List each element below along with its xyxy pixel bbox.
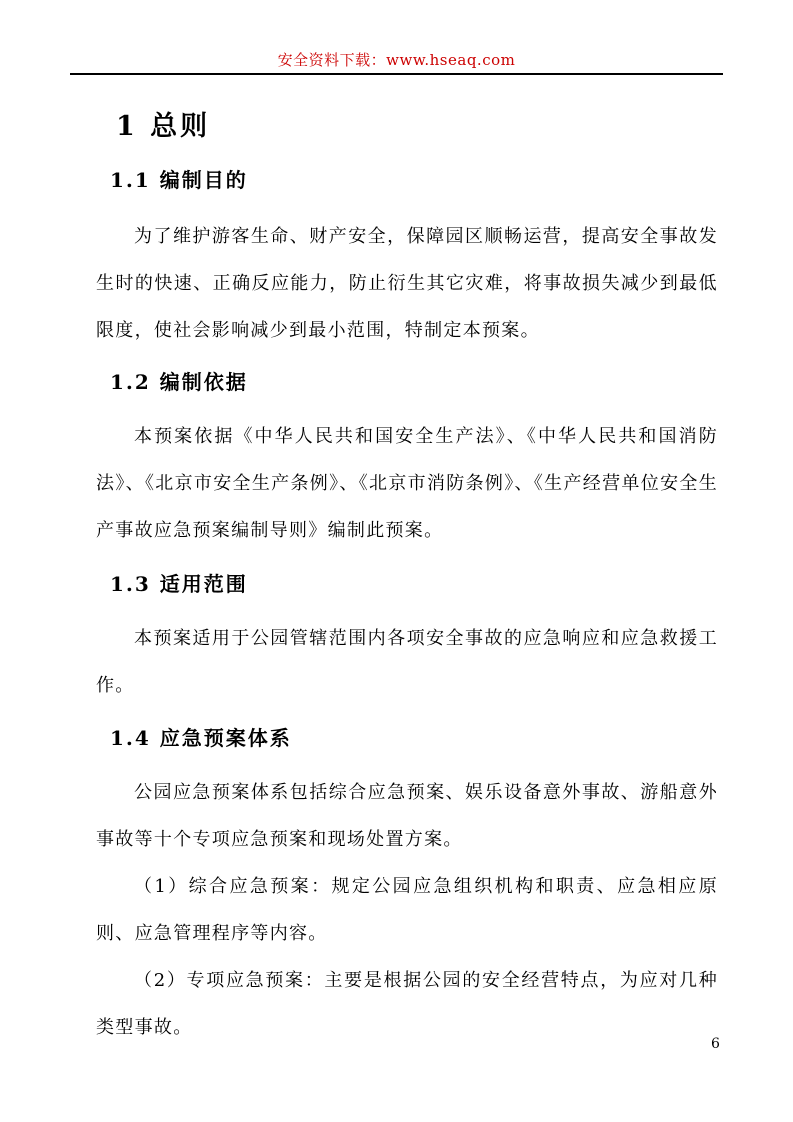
document-page: 安全资料下载：www.hseaq.com 1 总则 1.1 编制目的 为了维护游… bbox=[0, 0, 793, 1122]
header-divider-line bbox=[70, 73, 723, 75]
section-1-4-paragraph-item-1: （1）综合应急预案：规定公园应急组织机构和职责、应急相应原则、应急管理程序等内容… bbox=[96, 863, 718, 957]
section-1-4-paragraph-intro: 公园应急预案体系包括综合应急预案、娱乐设备意外事故、游船意外事故等十个专项应急预… bbox=[96, 769, 718, 863]
page-number: 6 bbox=[711, 1036, 720, 1052]
section-heading-1-4: 1.4 应急预案体系 bbox=[110, 722, 292, 751]
header-watermark-link: 安全资料下载：www.hseaq.com bbox=[0, 49, 793, 70]
section-1-4-paragraph-item-2: （2）专项应急预案：主要是根据公园的安全经营特点，为应对几种类型事故。 bbox=[96, 957, 718, 1051]
section-heading-1-3: 1.3 适用范围 bbox=[110, 568, 248, 597]
section-heading-1-2: 1.2 编制依据 bbox=[110, 366, 248, 395]
section-1-3-paragraph: 本预案适用于公园管辖范围内各项安全事故的应急响应和应急救援工作。 bbox=[96, 615, 718, 709]
section-heading-1-1: 1.1 编制目的 bbox=[110, 164, 248, 193]
section-1-2-paragraph: 本预案依据《中华人民共和国安全生产法》、《中华人民共和国消防法》、《北京市安全生… bbox=[96, 413, 718, 554]
chapter-title: 1 总则 bbox=[116, 104, 210, 143]
section-1-1-paragraph: 为了维护游客生命、财产安全，保障园区顺畅运营，提高安全事故发生时的快速、正确反应… bbox=[96, 213, 718, 354]
